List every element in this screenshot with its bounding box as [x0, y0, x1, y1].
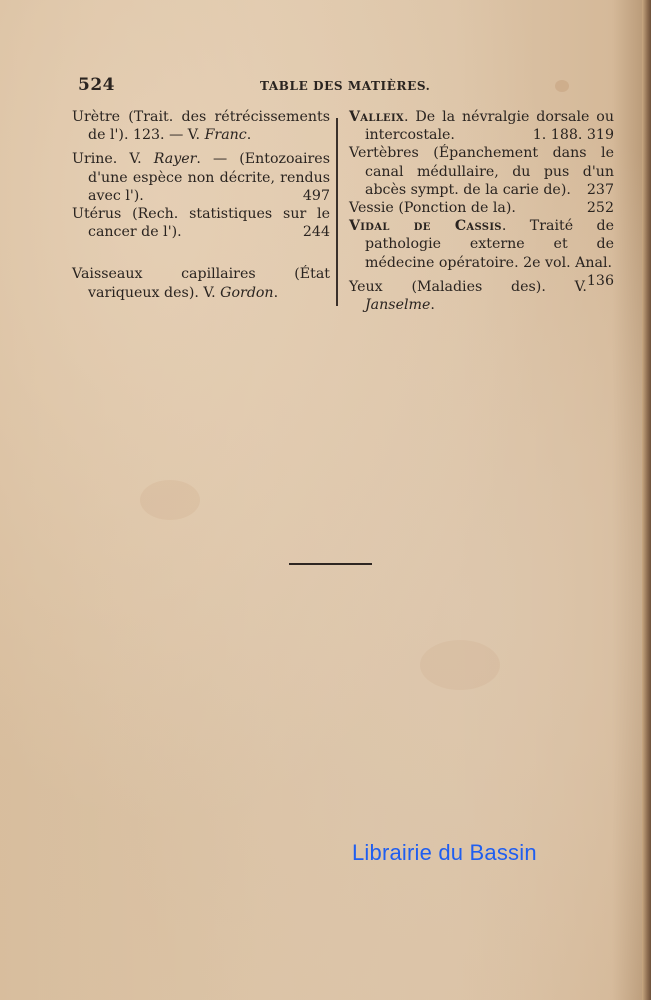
book-spine-edge — [642, 0, 651, 1000]
index-entry-valleix: Valleix. De la névralgie dorsale ou inte… — [349, 108, 614, 144]
page-header: 524 TABLE DES MATIÈRES. — [78, 75, 614, 97]
index-entry-vessie: Vessie (Ponction de la). 252 — [349, 199, 614, 217]
index-column-left: Urètre (Trait. des rétrécissements de l'… — [72, 108, 330, 302]
page-ref: 237 — [587, 181, 614, 199]
page-number: 524 — [78, 75, 115, 95]
page-ref: 1. 188. 319 — [533, 126, 614, 144]
page-ref: 497 — [303, 187, 330, 205]
index-entry-vidal: Vidal de Cassis. Traité de pathologie ex… — [349, 217, 614, 272]
index-entry-yeux: Yeux (Maladies des). V. Janselme. — [349, 278, 614, 314]
watermark-text: Librairie du Bassin — [352, 840, 537, 866]
index-entry-uterus: Utérus (Rech. statistiques sur le cancer… — [72, 205, 330, 241]
running-title: TABLE DES MATIÈRES. — [260, 79, 430, 93]
page-ref: 252 — [587, 199, 614, 217]
index-entry-vertebres: Vertèbres (Épanchement dans le canal méd… — [349, 144, 614, 199]
index-column-right: Valleix. De la névralgie dorsale ou inte… — [349, 108, 614, 314]
column-separator — [336, 118, 338, 306]
index-entry-urine: Urine. V. Rayer. — (Entozoaires d'une es… — [72, 150, 330, 205]
page-ref: 244 — [303, 223, 330, 241]
index-entry-uretre: Urètre (Trait. des rétrécissements de l'… — [72, 108, 330, 144]
index-entry-vaisseaux: Vaisseaux capillaires (État variqueux de… — [72, 265, 330, 301]
end-rule — [289, 563, 372, 565]
